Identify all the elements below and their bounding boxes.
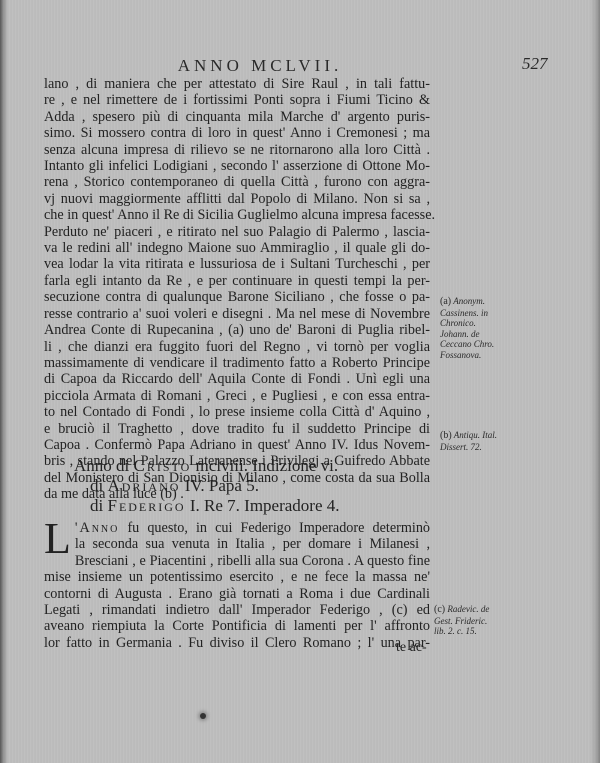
note-mark: (b) — [440, 430, 452, 441]
heading-line-2: di Adriano IV. Papa 5. — [74, 476, 340, 496]
text-line: aveano riempiuta la Corte Pontificia di … — [44, 618, 430, 634]
catchword: te ac- — [396, 640, 427, 656]
text-fragment: fu questo, in cui Federigo Imperadore de… — [127, 520, 430, 536]
ink-spot — [200, 713, 206, 719]
heading-text: di — [90, 476, 107, 495]
text-line: Andrea Conte di Rupecanina , (a) uno de'… — [44, 322, 430, 338]
text-line: rena , Storico contemporaneo di quella C… — [44, 174, 430, 190]
heading-text: di — [90, 496, 107, 515]
text-line: Perduto ne' piaceri , e ritirato nel suo… — [44, 224, 430, 240]
heading-text: Anno di — [74, 456, 134, 475]
text-line: senza alcuna impresa di rilievo se ne ri… — [44, 142, 430, 158]
text-line: Bresciani , e Piacentini , ribelli alla … — [44, 553, 430, 569]
heading-name: Federigo — [107, 496, 185, 515]
text-line: massimamente di vendicare il tradimento … — [44, 355, 430, 371]
text-line: vea lodar la vita ritirata e lussuriosa … — [44, 256, 430, 272]
text-line: di Capoa da Riccardo dell' Aquila Conte … — [44, 371, 430, 387]
text-line: che in quest' Anno il Re di Sicilia Gugl… — [44, 207, 430, 223]
text-line: vj nuovi maggiormente afflitti dal Popol… — [44, 191, 430, 207]
section-heading: Anno di Cristo mclviii. Indizione vi. di… — [74, 456, 340, 516]
drop-cap: L — [44, 522, 71, 556]
heading-text: mclviii. Indizione vi. — [191, 456, 338, 475]
text-line: va le redini all' indegno Maione suo Amm… — [44, 240, 430, 256]
text-line: Intanto gli infelici Lodigiani , secondo… — [44, 158, 430, 174]
heading-name: Cristo — [134, 456, 192, 475]
running-head: ANNO MCLVII. — [140, 56, 380, 76]
note-mark: (a) — [440, 296, 451, 307]
page-number: 527 — [522, 54, 548, 74]
text-line: secuzione contra di qualunque Barone Sic… — [44, 289, 430, 305]
paragraph-1: lano , di maniera che per attestato di S… — [44, 76, 430, 503]
text-line: 'Anno fu questo, in cui Federigo Imperad… — [44, 520, 430, 536]
margin-note-c: (c) Radevic. de Gest. Frideric. lib. 2. … — [434, 604, 498, 637]
text-line: Adda , spesero più di cinquanta mila Mar… — [44, 109, 430, 125]
text-line: li , che dianzi era fuggito fuori del Re… — [44, 339, 430, 355]
text-line: resse contrario a' suoi voleri e disegni… — [44, 306, 430, 322]
margin-note-b: (b) Antiqu. Ital. Dissert. 72. — [440, 430, 504, 452]
paragraph-2: L 'Anno fu questo, in cui Federigo Imper… — [44, 520, 430, 651]
heading-line-3: di Federigo I. Re 7. Imperadore 4. — [74, 496, 340, 516]
text-line: Capoa . Confermò Papa Adriano in quest' … — [44, 437, 430, 453]
text-line: mise insieme un potentissimo esercito , … — [44, 569, 430, 585]
text-line: Legati , rimandati indietro dall' Impera… — [44, 602, 430, 618]
text-line: picciola Armata di Romani , Greci , e Pu… — [44, 388, 430, 404]
text-line: e bruciò il Traghetto , dove tradito fu … — [44, 421, 430, 437]
book-page: ANNO MCLVII. 527 lano , di maniera che p… — [0, 0, 600, 763]
first-word: 'Anno — [75, 520, 119, 536]
note-mark: (c) — [434, 604, 445, 615]
heading-line-1: Anno di Cristo mclviii. Indizione vi. — [74, 456, 340, 476]
text-line: lor fatto in Germania . Fu diviso il Cle… — [44, 635, 430, 651]
heading-text: IV. Papa 5. — [180, 476, 259, 495]
margin-note-a: (a) Anonym. Cassinens. in Chronico. Joha… — [440, 296, 504, 360]
heading-name: Adriano — [107, 476, 180, 495]
text-line: simo. Si mossero contra di loro in quest… — [44, 125, 430, 141]
text-line: re , e nel rimettere de i fortissimi Pon… — [44, 92, 430, 108]
text-line: farla egli intanto da Re , e per continu… — [44, 273, 430, 289]
text-line: contorni di Augusta . Erano già tornati … — [44, 586, 430, 602]
text-line: to nel Contado di Fondi , lo prese insie… — [44, 404, 430, 420]
heading-text: I. Re 7. Imperadore 4. — [186, 496, 340, 515]
text-line: la seconda sua venuta in Italia , per do… — [44, 536, 430, 552]
text-line: lano , di maniera che per attestato di S… — [44, 76, 430, 92]
